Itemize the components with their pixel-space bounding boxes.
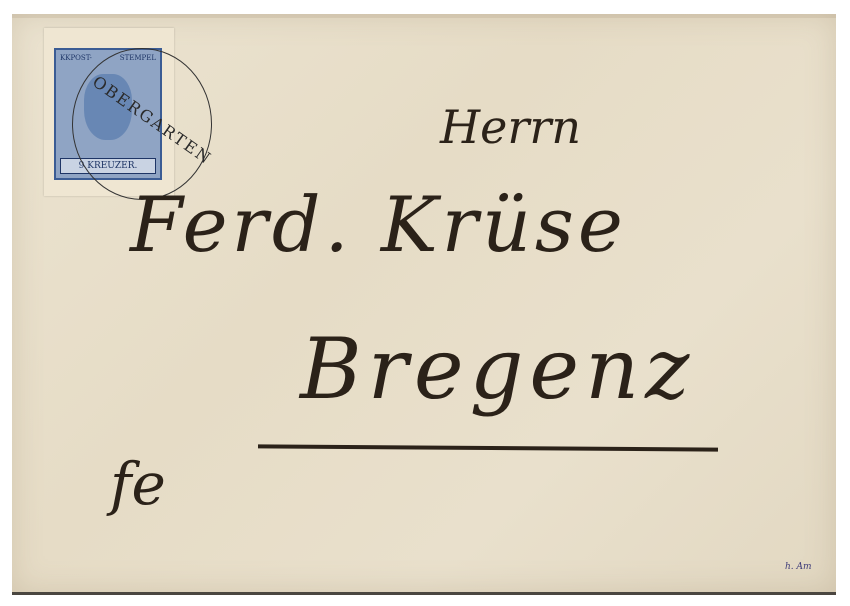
top-edge — [12, 14, 836, 18]
recipient-name: Ferd. Krüse — [130, 180, 627, 269]
pencil-note: h. Am — [785, 562, 812, 572]
salutation: Herrn — [440, 100, 581, 154]
stamp-top-left-text: KKPOST- — [60, 54, 92, 62]
recipient-city: Bregenz — [300, 320, 695, 418]
franco-note: fe — [110, 450, 166, 518]
